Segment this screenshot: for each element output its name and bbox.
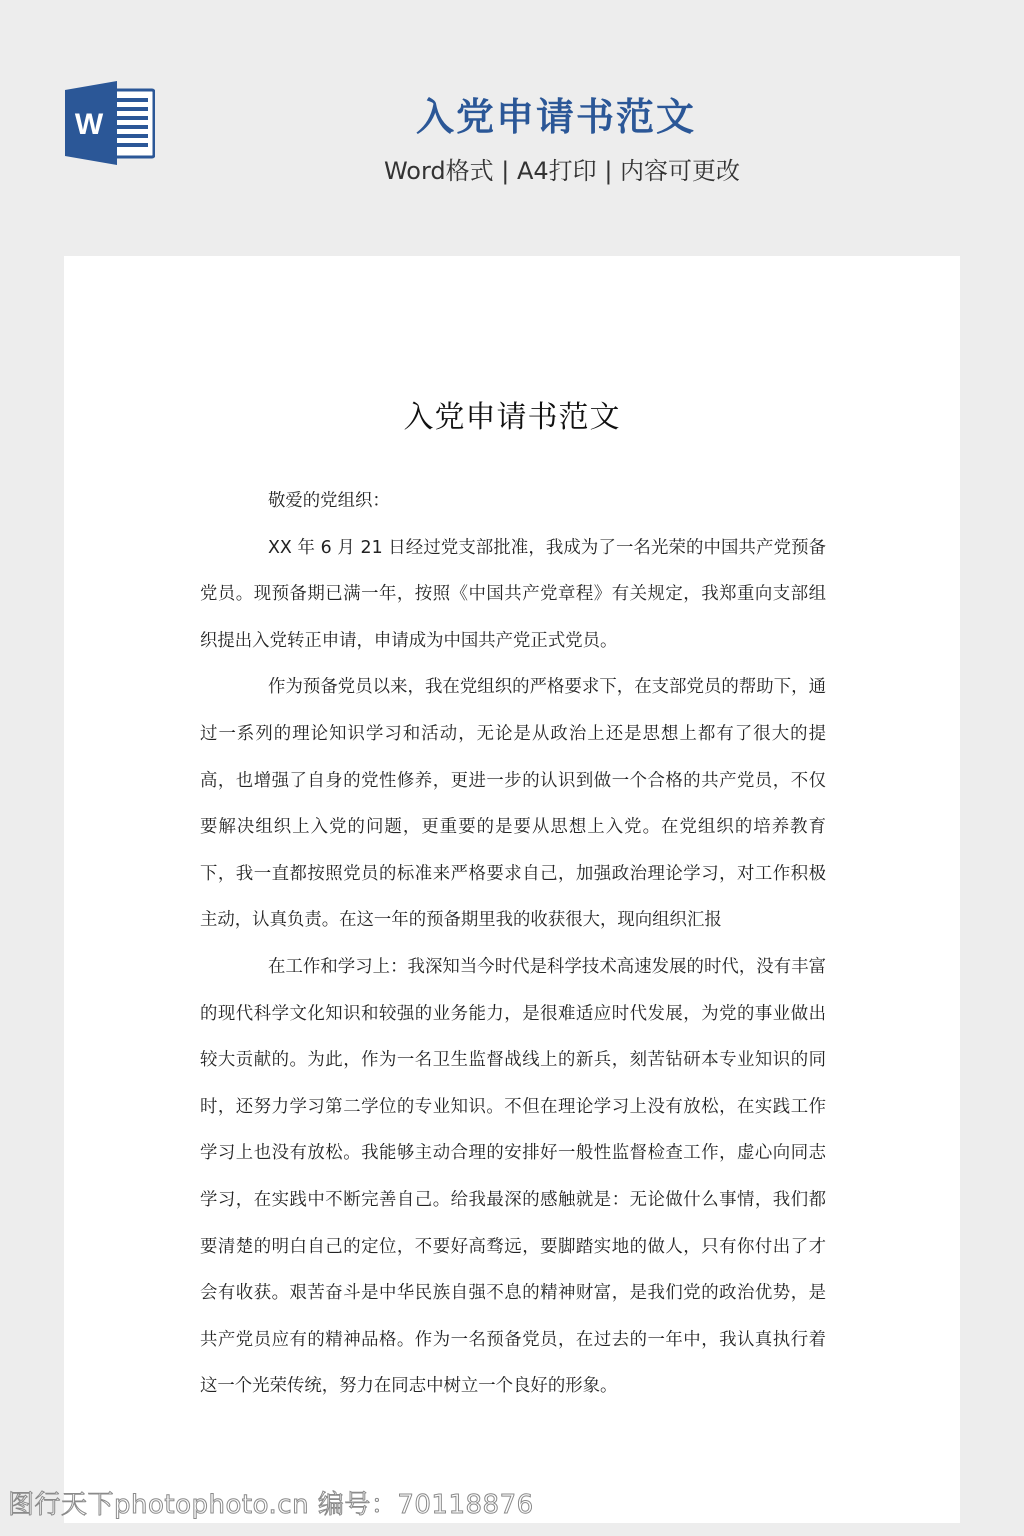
- document-page: 入党申请书范文 敬爱的党组织： XX 年 6 月 21 日经过党支部批准，我成为…: [64, 256, 960, 1523]
- salutation: 敬爱的党组织：: [200, 478, 826, 525]
- document-body: 敬爱的党组织： XX 年 6 月 21 日经过党支部批准，我成为了一名光荣的中国…: [200, 478, 826, 1410]
- paragraph: 作为预备党员以来，我在党组织的严格要求下，在支部党员的帮助下，通过一系列的理论知…: [200, 664, 826, 944]
- document-title: 入党申请书范文: [64, 396, 960, 440]
- header-title: 入党申请书范文: [0, 92, 1024, 142]
- paragraph: XX 年 6 月 21 日经过党支部批准，我成为了一名光荣的中国共产党预备党员。…: [200, 525, 826, 665]
- watermark-text: 图行天下photophoto.cn 编号：70118876: [8, 1488, 534, 1522]
- paragraph: 在工作和学习上：我深知当今时代是科学技术高速发展的时代，没有丰富的现代科学文化知…: [200, 944, 826, 1410]
- header-subtitle: Word格式 | A4打印 | 内容可更改: [0, 153, 1024, 189]
- page-header: W 入党申请书范文 Word格式 | A4打印 | 内容可更改: [0, 0, 1024, 256]
